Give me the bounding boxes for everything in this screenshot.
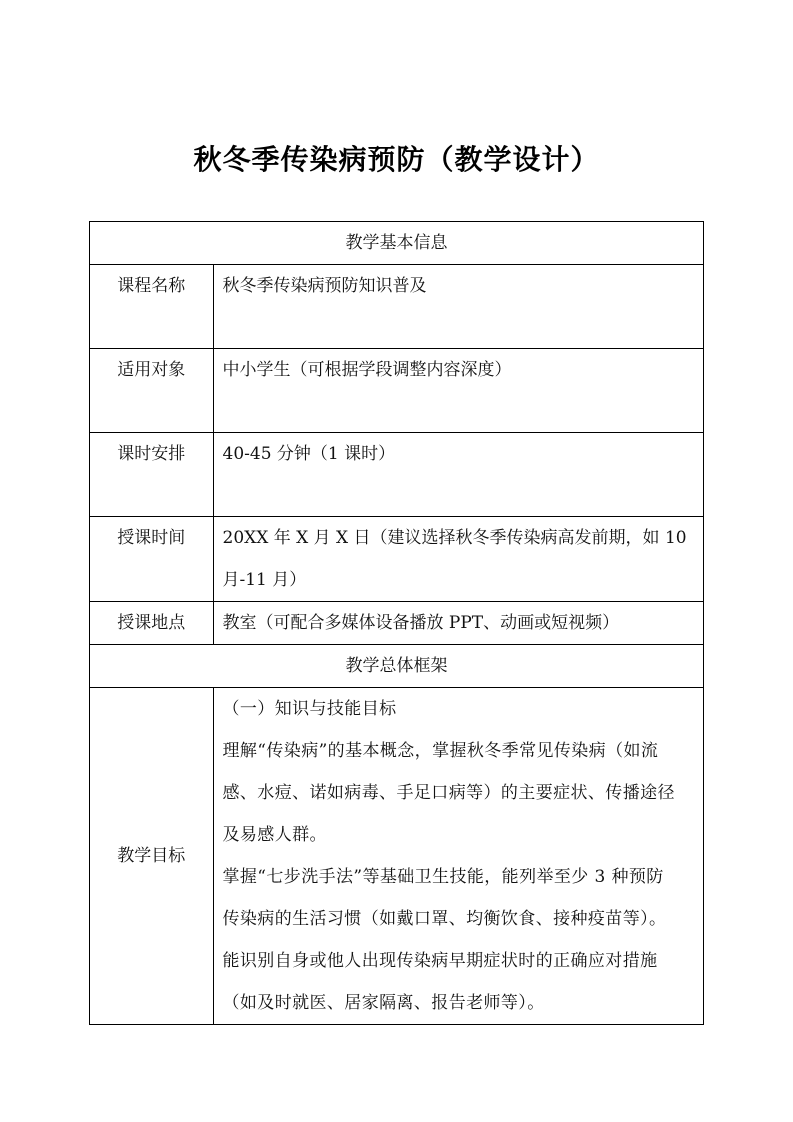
goal-line: 及易感人群。 — [223, 814, 700, 856]
section-header-framework: 教学总体框架 — [90, 645, 704, 688]
table-row: 适用对象 中小学生（可根据学段调整内容深度） — [90, 349, 704, 433]
section-header-row: 教学基本信息 — [90, 222, 704, 265]
document-title: 秋冬季传染病预防（教学设计） — [0, 140, 793, 180]
row-value-course-name: 秋冬季传染病预防知识普及 — [213, 265, 704, 349]
table-row: 课程名称 秋冬季传染病预防知识普及 — [90, 265, 704, 349]
row-value-class-hours: 40-45 分钟（1 课时） — [213, 433, 704, 517]
row-value-teaching-place: 教室（可配合多媒体设备播放 PPT、动画或短视频） — [213, 602, 704, 645]
goal-line: 感、水痘、诺如病毒、手足口病等）的主要症状、传播途径 — [223, 772, 700, 814]
table-row: 课时安排 40-45 分钟（1 课时） — [90, 433, 704, 517]
goal-line: 传染病的生活习惯（如戴口罩、均衡饮食、接种疫苗等）。 — [223, 898, 700, 940]
value-line: 教室（可配合多媒体设备播放 PPT、动画或短视频） — [223, 602, 700, 644]
goal-line: 掌握“七步洗手法”等基础卫生技能，能列举至少 3 种预防 — [223, 856, 700, 898]
section-header-row: 教学总体框架 — [90, 645, 704, 688]
goal-line: 理解“传染病”的基本概念，掌握秋冬季常见传染病（如流 — [223, 730, 700, 772]
row-value-target-audience: 中小学生（可根据学段调整内容深度） — [213, 349, 704, 433]
value-line: 40-45 分钟（1 课时） — [223, 433, 700, 475]
goal-line: （如及时就医、居家隔离、报告老师等）。 — [223, 982, 700, 1024]
value-line: 20XX 年 X 月 X 日（建议选择秋冬季传染病高发前期，如 10 — [223, 517, 700, 559]
lesson-plan-table: 教学基本信息 课程名称 秋冬季传染病预防知识普及 适用对象 中小学生（可根据学段… — [89, 221, 704, 1025]
row-label-target-audience: 适用对象 — [90, 349, 214, 433]
value-line: 月-11 月） — [223, 559, 700, 601]
row-label-teaching-goals: 教学目标 — [90, 688, 214, 1025]
row-label-teaching-place: 授课地点 — [90, 602, 214, 645]
row-value-teaching-goals: （一）知识与技能目标 理解“传染病”的基本概念，掌握秋冬季常见传染病（如流 感、… — [213, 688, 704, 1025]
row-value-teaching-time: 20XX 年 X 月 X 日（建议选择秋冬季传染病高发前期，如 10 月-11 … — [213, 517, 704, 602]
row-label-course-name: 课程名称 — [90, 265, 214, 349]
value-line: 秋冬季传染病预防知识普及 — [223, 265, 700, 307]
section-header-basic-info: 教学基本信息 — [90, 222, 704, 265]
table-row: 教学目标 （一）知识与技能目标 理解“传染病”的基本概念，掌握秋冬季常见传染病（… — [90, 688, 704, 1025]
table-row: 授课地点 教室（可配合多媒体设备播放 PPT、动画或短视频） — [90, 602, 704, 645]
table-row: 授课时间 20XX 年 X 月 X 日（建议选择秋冬季传染病高发前期，如 10 … — [90, 517, 704, 602]
goal-line: 能识别自身或他人出现传染病早期症状时的正确应对措施 — [223, 940, 700, 982]
value-line: 中小学生（可根据学段调整内容深度） — [223, 349, 700, 391]
goal-subheading: （一）知识与技能目标 — [223, 688, 700, 730]
row-label-teaching-time: 授课时间 — [90, 517, 214, 602]
row-label-class-hours: 课时安排 — [90, 433, 214, 517]
